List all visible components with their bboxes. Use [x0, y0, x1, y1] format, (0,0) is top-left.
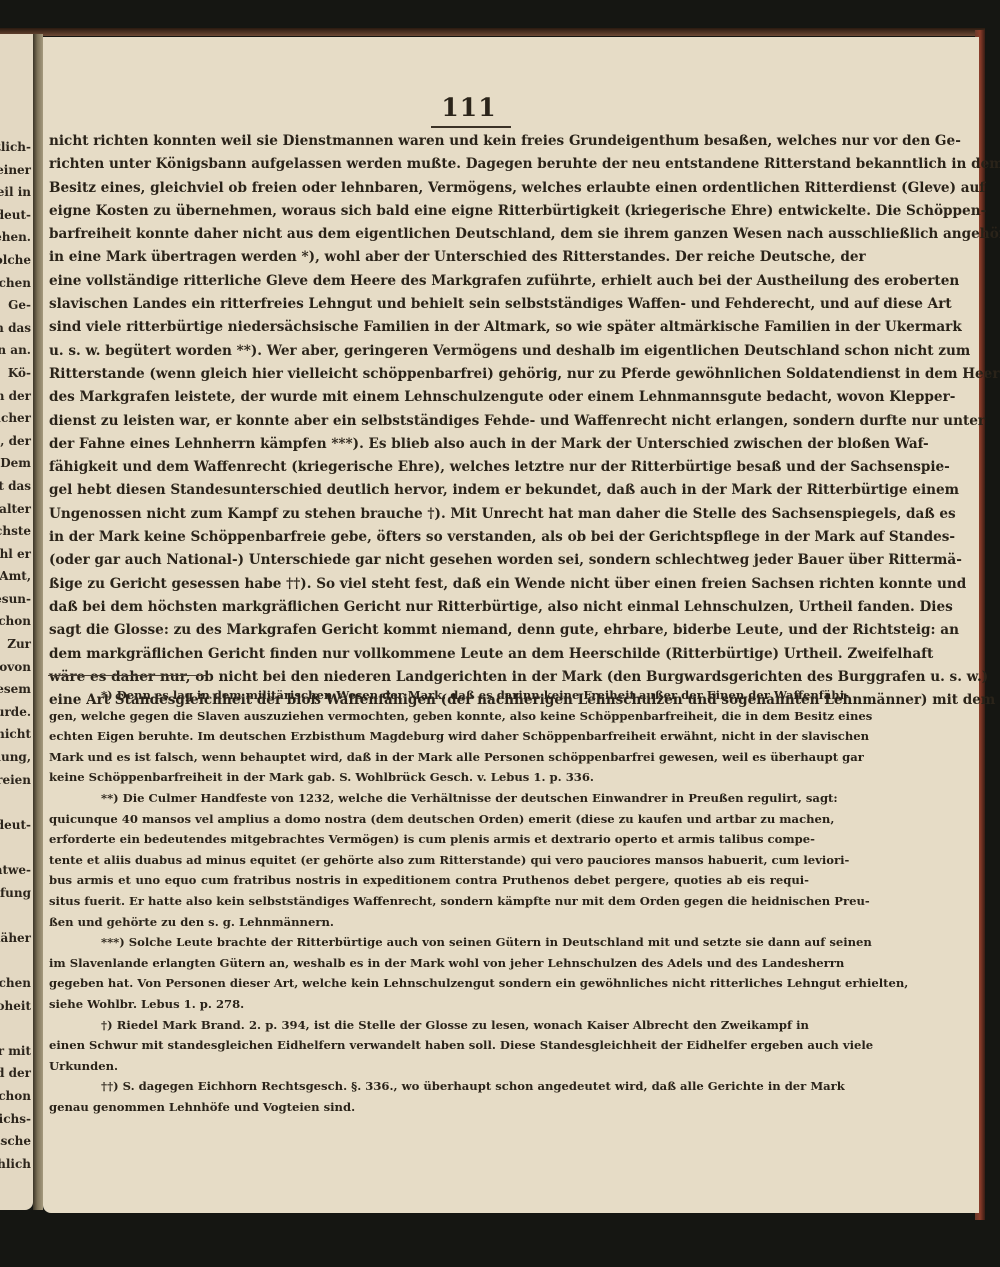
- left-page-fragment: r mit: [0, 1040, 33, 1063]
- left-page-fragment: n das: [0, 317, 33, 340]
- left-page-fragment: ohl er: [0, 543, 33, 566]
- left-page-fragment: vovon: [0, 656, 33, 679]
- left-page-fragment: ücher: [0, 407, 33, 430]
- body-text-line: dem markgräflichen Gericht finden nur vo…: [49, 643, 809, 666]
- footnote: †) Riedel Mark Brand. 2. p. 394, ist die…: [49, 1015, 809, 1077]
- footnote: ††) S. dagegen Eichhorn Rechtsgesch. §. …: [49, 1076, 809, 1117]
- left-page-fragment: t das: [0, 475, 33, 498]
- left-page-fragment: [0, 791, 33, 814]
- left-page-fragment: [0, 949, 33, 972]
- footnote-line: ††) S. dagegen Eichhorn Rechtsgesch. §. …: [49, 1076, 809, 1097]
- footnote-line: Mark und es ist falsch, wenn behauptet w…: [49, 747, 809, 768]
- left-page-fragment: d der: [0, 1062, 33, 1085]
- body-text-line: sagt die Glosse: zu des Markgrafen Geric…: [49, 619, 809, 642]
- footnote-line: †) Riedel Mark Brand. 2. p. 394, ist die…: [49, 1015, 809, 1036]
- left-page-fragment: nicht: [0, 723, 33, 746]
- left-page-fragment: urde.: [0, 701, 33, 724]
- main-text-block: nicht richten konnten weil sie Dienstman…: [49, 130, 809, 712]
- left-page-fragment: n an.: [0, 339, 33, 362]
- body-text-line: eigne Kosten zu übernehmen, woraus sich …: [49, 200, 809, 223]
- left-page-fragment: eutsche: [0, 1130, 33, 1153]
- left-page-fragment: ralter: [0, 498, 33, 521]
- left-page-fragment: Dem: [0, 452, 33, 475]
- left-page-fragment: freien: [0, 769, 33, 792]
- left-page-fragment: [0, 904, 33, 927]
- left-page-fragment: [0, 836, 33, 859]
- footnotes-block: *) Denn es lag in dem militärischen Wese…: [49, 685, 809, 1117]
- left-page-fragment: deut-: [0, 204, 33, 227]
- left-page-fragment: näher: [0, 927, 33, 950]
- right-page: 111 nicht richten konnten weil sie Diens…: [43, 37, 979, 1213]
- body-text-line: eine vollständige ritterliche Gleve dem …: [49, 270, 809, 293]
- body-text-line: des Markgrafen leistete, der wurde mit e…: [49, 386, 809, 409]
- left-page-edge: ttlich-einereil indeut-iehen.solcheolche…: [0, 34, 33, 1210]
- left-page-fragment: schon: [0, 610, 33, 633]
- footnote-line: tente et aliis duabus ad minus equitet (…: [49, 850, 809, 871]
- left-page-fragment: iesem: [0, 678, 33, 701]
- footnote-line: gen, welche gegen die Slaven auszuziehen…: [49, 706, 809, 727]
- left-page-fragment: rischen: [0, 972, 33, 995]
- footnote-line: ***) Solche Leute brachte der Ritterbürt…: [49, 932, 809, 953]
- footnote: **) Die Culmer Handfeste von 1232, welch…: [49, 788, 809, 932]
- footnote-line: gegeben hat. Von Personen dieser Art, we…: [49, 973, 809, 994]
- body-text-line: u. s. w. begütert worden **). Wer aber, …: [49, 340, 809, 363]
- left-page-fragment: ntwe-: [0, 859, 33, 882]
- body-text-line: Ungenossen nicht zum Kampf zu stehen bra…: [49, 503, 809, 526]
- left-page-fragment: Amt,: [0, 565, 33, 588]
- footnote-line: erforderte ein bedeutendes mitgebrachtes…: [49, 829, 809, 850]
- left-page-text-fragments: ttlich-einereil indeut-iehen.solcheolche…: [0, 136, 33, 1175]
- left-page-fragment: esun-: [0, 588, 33, 611]
- left-page-fragment: [0, 1017, 33, 1040]
- body-text-line: in der Mark keine Schöppenbarfreie gebe,…: [49, 526, 809, 549]
- footnote-line: ßen und gehörte zu den s. g. Lehnmännern…: [49, 912, 809, 933]
- footnote-line: genau genommen Lehnhöfe und Vogteien sin…: [49, 1097, 809, 1118]
- left-page-fragment: ttlich-: [0, 136, 33, 159]
- left-page-fragment: schlich: [0, 1153, 33, 1176]
- left-page-fragment: öchste: [0, 520, 33, 543]
- body-text-line: in eine Mark übertragen werden *), wohl …: [49, 246, 809, 269]
- left-page-fragment: , der: [0, 430, 33, 453]
- left-page-fragment: olchen: [0, 272, 33, 295]
- body-text-line: richten unter Königsbann aufgelassen wer…: [49, 153, 809, 176]
- left-page-fragment: Ge-: [0, 294, 33, 317]
- left-page-fragment: n der: [0, 385, 33, 408]
- left-page-fragment: ufung: [0, 882, 33, 905]
- footnote-line: *) Denn es lag in dem militärischen Wese…: [49, 685, 809, 706]
- body-text-line: barfreiheit konnte daher nicht aus dem e…: [49, 223, 809, 246]
- footnote-line: quicunque 40 mansos vel amplius a domo n…: [49, 809, 809, 830]
- body-text-line: gel hebt diesen Standesunterschied deutl…: [49, 479, 809, 502]
- left-page-fragment: Reichs-: [0, 1108, 33, 1131]
- page-number-underline: [431, 126, 511, 128]
- footnote-line: siehe Wohlbr. Lebus 1. p. 278.: [49, 994, 809, 1015]
- footnote-line: situs fuerit. Er hatte also kein selbsts…: [49, 891, 809, 912]
- book-cover-top-edge: [0, 28, 985, 36]
- footnote-line: **) Die Culmer Handfeste von 1232, welch…: [49, 788, 809, 809]
- body-text-line: Ritterstande (wenn gleich hier vielleich…: [49, 363, 809, 386]
- body-text-line: fähigkeit und dem Waffenrecht (kriegeris…: [49, 456, 809, 479]
- left-page-fragment: eil in: [0, 181, 33, 204]
- footnote: *) Denn es lag in dem militärischen Wese…: [49, 685, 809, 788]
- left-page-fragment: hoheit: [0, 995, 33, 1018]
- body-text-line: slavischen Landes ein ritterfreies Lehng…: [49, 293, 809, 316]
- body-text-line: der Fahne eines Lehnherrn kämpfen ***). …: [49, 433, 809, 456]
- left-page-fragment: iehen.: [0, 226, 33, 249]
- book-spine-gutter: [33, 34, 43, 1210]
- left-page-fragment: Zur: [0, 633, 33, 656]
- left-page-fragment: einer: [0, 159, 33, 182]
- footnote-line: im Slavenlande erlangten Gütern an, wesh…: [49, 953, 809, 974]
- left-page-fragment: schon: [0, 1085, 33, 1108]
- body-text-line: nicht richten konnten weil sie Dienstman…: [49, 130, 809, 153]
- footnote-line: einen Schwur mit standesgleichen Eidhelf…: [49, 1035, 809, 1056]
- body-text-line: Besitz eines, gleichviel ob freien oder …: [49, 177, 809, 200]
- body-text-line: (oder gar auch National-) Unterschiede g…: [49, 549, 809, 572]
- footnote-line: keine Schöppenbarfreiheit in der Mark ga…: [49, 767, 809, 788]
- body-text-line: dienst zu leisten war, er konnte aber ei…: [49, 410, 809, 433]
- left-page-fragment: deut-: [0, 814, 33, 837]
- body-text-line: ßige zu Gericht gesessen habe ††). So vi…: [49, 573, 809, 596]
- body-text-line: daß bei dem höchsten markgräflichen Geri…: [49, 596, 809, 619]
- footnote-separator: [48, 675, 208, 676]
- page-number: 111: [424, 93, 514, 122]
- left-page-fragment: solche: [0, 249, 33, 272]
- footnote-line: echten Eigen beruhte. Im deutschen Erzbi…: [49, 726, 809, 747]
- footnote: ***) Solche Leute brachte der Ritterbürt…: [49, 932, 809, 1014]
- left-page-fragment: nung,: [0, 746, 33, 769]
- footnote-line: bus armis et uno equo cum fratribus nost…: [49, 870, 809, 891]
- left-page-fragment: Kö-: [0, 362, 33, 385]
- body-text-line: sind viele ritterbürtige niedersächsisch…: [49, 316, 809, 339]
- footnote-line: Urkunden.: [49, 1056, 809, 1077]
